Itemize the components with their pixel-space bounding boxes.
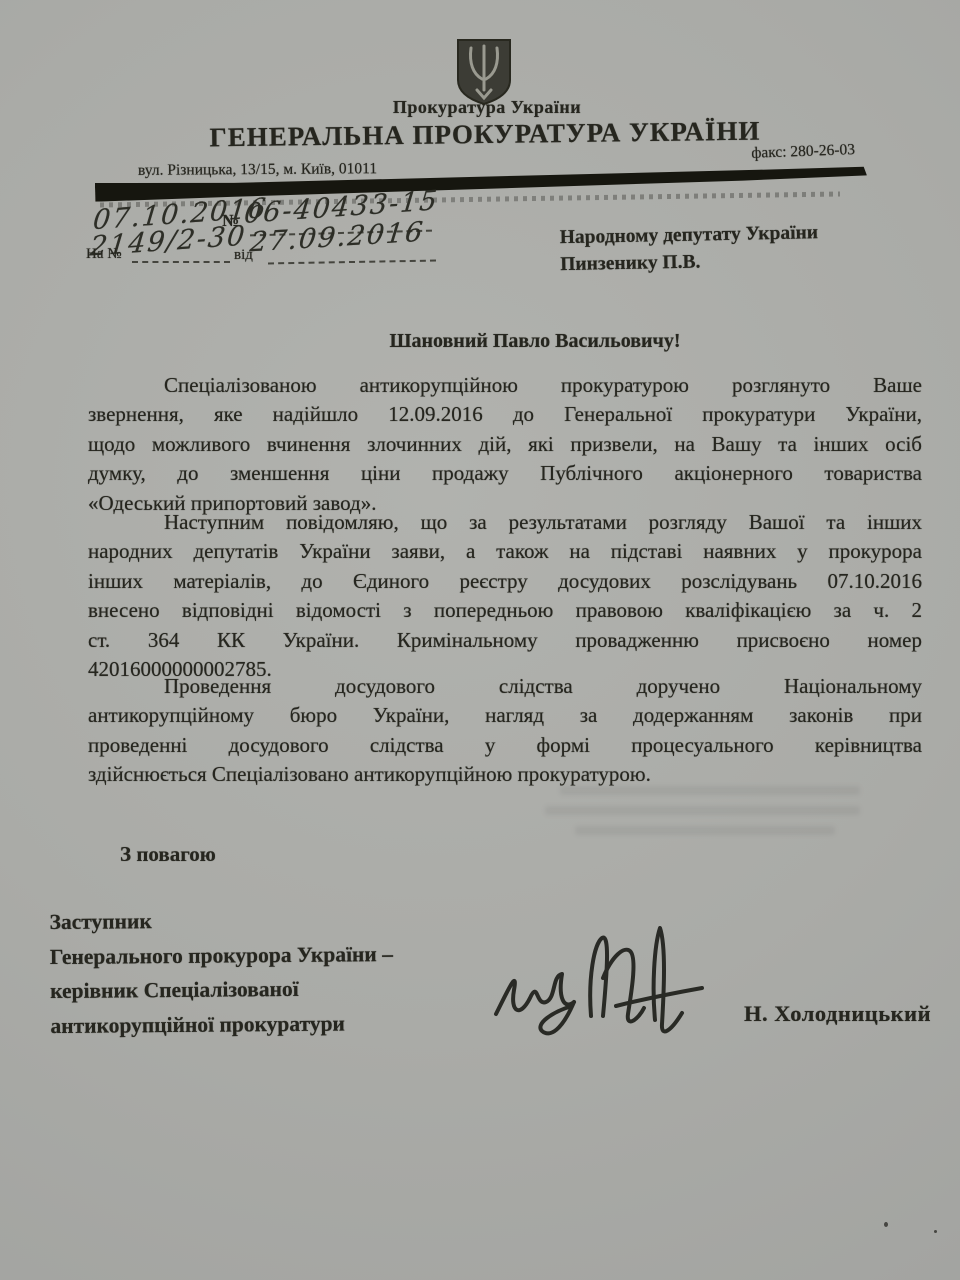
body-line: внесено відповідні відомості з попереднь… [88,596,922,625]
paper-speck [884,1222,888,1227]
body-line: ст. 364 КК України. Кримінальному провад… [88,626,922,655]
form-underline [268,260,436,265]
ukraine-trident-emblem-icon [452,36,516,106]
agency-address: вул. Різницька, 13/15, м. Київ, 01011 [138,160,377,180]
handwritten-signature-icon [488,918,723,1043]
body-line: Спеціалізованою антикорупційною прокурат… [88,371,922,400]
recipient-block: Народному депутату України Пинзенику П.В… [560,218,891,278]
salutation: Шановний Павло Васильовичу! [105,330,960,353]
scanned-letter-page: Прокуратура України ГЕНЕРАЛЬНА ПРОКУРАТУ… [0,0,960,1280]
recipient-line2: Пинзенику П.В. [560,245,890,278]
signer-position-line: Генерального прокурора України – [50,936,520,975]
bleed-through-smudge [560,786,860,795]
body-paragraph-3: Проведення досудового слідства доручено … [88,672,922,790]
body-line: звернення, яке надійшло 12.09.2016 до Ге… [88,400,922,429]
signer-name: Н. Холодницький [744,1001,960,1027]
body-line: інших матеріалів, до Єдиного реєстру дос… [88,567,922,596]
signer-position-line: керівник Спеціалізованої [50,970,520,1009]
paper-speck [934,1230,937,1233]
body-line: народних депутатів України заяви, а тако… [88,537,922,566]
body-line: Проведення досудового слідства доручено … [88,672,922,701]
body-line: антикорупційному бюро України, нагляд за… [88,701,922,730]
body-line: щодо можливого вчинення злочинних дій, я… [88,430,922,459]
body-paragraph-1: Спеціалізованою антикорупційною прокурат… [88,371,922,518]
body-line: проведенні досудового слідства у формі п… [88,731,922,760]
form-underline [132,261,230,263]
body-line: Наступним повідомляю, що за результатами… [88,508,922,537]
signer-position-block: Заступник Генерального прокурора України… [49,901,520,1043]
bleed-through-smudge [545,806,860,815]
incoming-number-label: На № [86,246,122,263]
signer-position-line: Заступник [49,901,519,940]
body-paragraph-2: Наступним повідомляю, що за результатами… [88,508,922,684]
signer-position-line: антикорупційної прокуратури [50,1005,520,1044]
bleed-through-smudge [575,826,835,835]
closing-phrase: З повагою [120,842,216,867]
body-line: думку, до зменшення ціни продажу Публічн… [88,459,922,488]
